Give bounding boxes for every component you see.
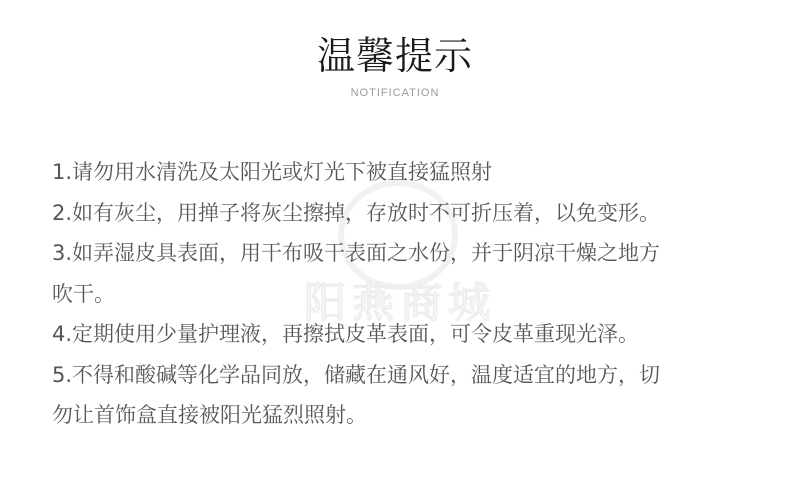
- page-subtitle: NOTIFICATION: [0, 86, 790, 100]
- instruction-line-5-cont: 勿让首饰盒直接被阳光猛烈照射。: [52, 395, 752, 436]
- instruction-line-2: 2.如有灰尘，用掸子将灰尘擦掉，存放时不可折压着，以免变形。: [52, 193, 752, 234]
- instruction-line-3: 3.如弄湿皮具表面，用干布吸干表面之水份，并于阴凉干燥之地方: [52, 233, 752, 274]
- care-instructions: 1.请勿用水清洗及太阳光或灯光下被直接猛照射 2.如有灰尘，用掸子将灰尘擦掉，存…: [52, 152, 752, 436]
- instruction-line-4: 4.定期使用少量护理液，再擦拭皮革表面，可令皮革重现光泽。: [52, 314, 752, 355]
- instruction-line-1: 1.请勿用水清洗及太阳光或灯光下被直接猛照射: [52, 152, 752, 193]
- instruction-line-5: 5.不得和酸碱等化学品同放，储藏在通风好，温度适宜的地方，切: [52, 355, 752, 396]
- instruction-line-3-cont: 吹干。: [52, 274, 752, 315]
- page-title: 温馨提示: [0, 32, 790, 80]
